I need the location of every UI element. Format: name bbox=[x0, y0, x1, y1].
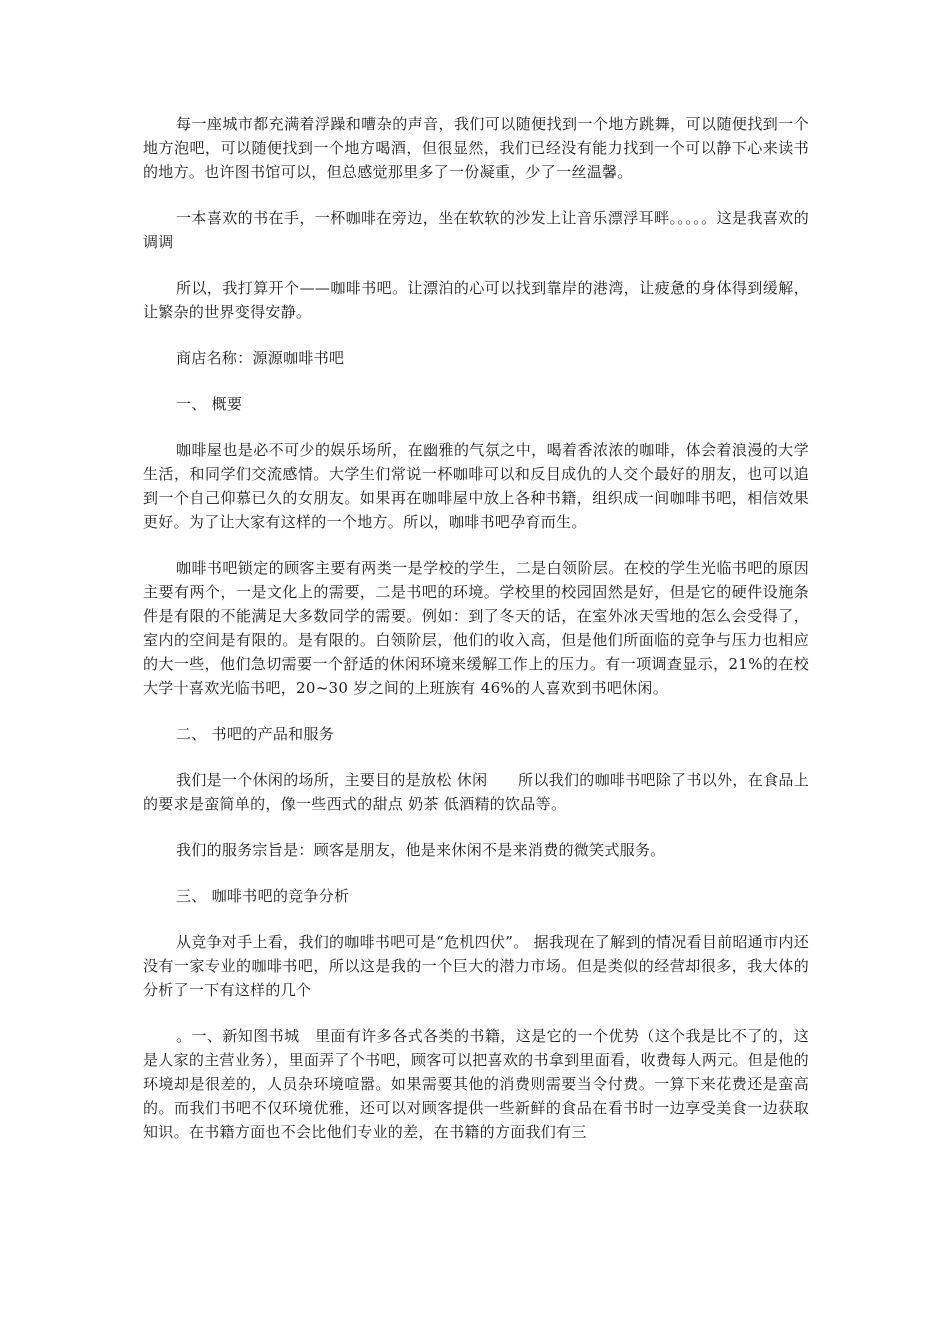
document-page: 每一座城市都充满着浮躁和嘈杂的声音，我们可以随便找到一个地方跳舞，可以随便找到一… bbox=[143, 112, 809, 1166]
intro-paragraph-3: 所以，我打算开个——咖啡书吧。让漂泊的心可以找到靠岸的港湾，让疲惫的身体得到缓解… bbox=[143, 276, 809, 324]
overview-paragraph-2: 咖啡书吧锁定的顾客主要有两类一是学校的学生，二是白领阶层。在校的学生光临书吧的原… bbox=[143, 556, 809, 700]
section-heading-competition: 三、 咖啡书吧的竞争分析 bbox=[143, 884, 809, 908]
section-heading-products: 二、 书吧的产品和服务 bbox=[143, 722, 809, 746]
competition-paragraph-1: 从竞争对手上看，我们的咖啡书吧可是“危机四伏”。 据我现在了解到的情况看目前昭通… bbox=[143, 930, 809, 1002]
intro-paragraph-2: 一本喜欢的书在手，一杯咖啡在旁边，坐在软软的沙发上让音乐漂浮耳畔。。。。。这是我… bbox=[143, 206, 809, 254]
store-name-line: 商店名称：源源咖啡书吧 bbox=[143, 346, 809, 370]
overview-paragraph-1: 咖啡屋也是必不可少的娱乐场所，在幽雅的气氛之中，喝着香浓浓的咖啡，体会着浪漫的大… bbox=[143, 438, 809, 534]
section-heading-overview: 一、 概要 bbox=[143, 392, 809, 416]
intro-paragraph-1: 每一座城市都充满着浮躁和嘈杂的声音，我们可以随便找到一个地方跳舞，可以随便找到一… bbox=[143, 112, 809, 184]
competition-paragraph-2: 。一、新知图书城 里面有许多各式各类的书籍，这是它的一个优势（这个我是比不了的，… bbox=[143, 1024, 809, 1144]
products-paragraph-1: 我们是一个休闲的场所，主要目的是放松 休闲 所以我们的咖啡书吧除了书以外，在食品… bbox=[143, 768, 809, 816]
products-paragraph-2: 我们的服务宗旨是：顾客是朋友，他是来休闲不是来消费的微笑式服务。 bbox=[143, 838, 809, 862]
